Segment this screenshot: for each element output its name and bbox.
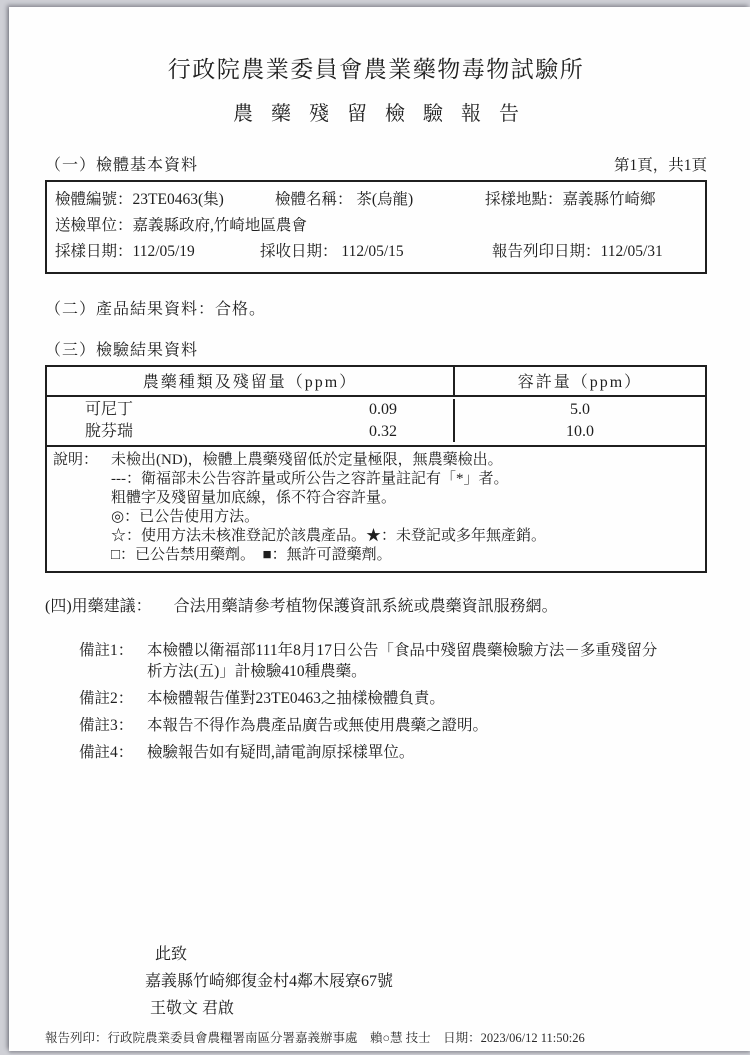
print-date-label: 報告列印日期： (492, 243, 601, 260)
table-row: 可尼丁 0.09 5.0 (47, 399, 705, 421)
sample-name-field: 檢體名稱： 茶(烏龍) (275, 187, 485, 213)
sample-info-line2: 送檢單位：嘉義縣政府,竹崎地區農會 (55, 213, 695, 239)
column-header-pesticide-residue: 農藥種類及殘留量（ppm） (47, 367, 455, 395)
sampling-location-label: 採樣地點： (485, 191, 563, 208)
sampling-location-field: 採樣地點：嘉義縣竹崎鄉 (485, 187, 656, 213)
blank-space (45, 769, 707, 941)
notes-label: 說明： (53, 451, 111, 565)
residue-value: 0.32 (369, 421, 397, 443)
sample-info-box: 檢體編號：23TE0463(集) 檢體名稱： 茶(烏龍) 採樣地點：嘉義縣竹崎鄉… (45, 180, 707, 274)
print-date-field: 報告列印日期：112/05/31 (492, 239, 663, 265)
section3-heading: （三）檢驗結果資料 (45, 337, 707, 360)
closing-block: 此致 嘉義縣竹崎鄉復金村4鄰木屐寮67號 王敬文 君啟 (145, 941, 707, 1022)
sample-info-line1: 檢體編號：23TE0463(集) 檢體名稱： 茶(烏龍) 採樣地點：嘉義縣竹崎鄉 (55, 187, 695, 213)
sampling-date-value: 112/05/19 (133, 243, 195, 260)
remark-text: 本檢體以衛福部111年8月17日公告「食品中殘留農藥檢驗方法－多重殘留分析方法(… (147, 640, 669, 682)
remark-label: 備註4： (79, 742, 147, 763)
sample-name-value: 茶(烏龍) (356, 191, 413, 208)
sample-number-label: 檢體編號： (55, 191, 133, 208)
remark-item: 備註1： 本檢體以衛福部111年8月17日公告「食品中殘留農藥檢驗方法－多重殘留… (79, 640, 707, 682)
column-header-tolerance: 容許量（ppm） (455, 367, 705, 395)
sample-name-label: 檢體名稱： (275, 191, 353, 208)
remark-text: 本報告不得作為農產品廣告或無使用農藥之證明。 (147, 715, 488, 736)
remark-item: 備註2： 本檢體報告僅對23TE0463之抽樣檢體負責。 (79, 688, 707, 709)
note-line: □：已公告禁用藥劑。 ■：無許可證藥劑。 (111, 546, 546, 565)
report-page: 行政院農業委員會農業藥物毒物試驗所 農藥殘留檢驗報告 （一）檢體基本資料 第1頁… (9, 7, 750, 1051)
pesticide-name: 脫芬瑞 (85, 421, 133, 443)
submitter-label: 送檢單位： (55, 217, 133, 234)
remark-label: 備註1： (79, 640, 147, 682)
remark-label: 備註2： (79, 688, 147, 709)
section2-heading: （二）產品結果資料： (45, 301, 215, 318)
usage-advice: 合法用藥請參考植物保護資訊系統或農藥資訊服務網。 (174, 593, 558, 616)
remark-item: 備註4： 檢驗報告如有疑問,請電詢原採樣單位。 (79, 742, 707, 763)
note-line: ☆：使用方法未核准登記於該農產品。★：未登記或多年無產銷。 (111, 527, 546, 546)
note-line: ◎：已公告使用方法。 (111, 508, 546, 527)
note-line: 粗體字及殘留量加底線，係不符合容許量。 (111, 489, 546, 508)
pesticide-name: 可尼丁 (85, 399, 133, 421)
harvest-date-label: 採收日期： (260, 243, 338, 260)
table-notes: 說明： 未檢出(ND)，檢體上農藥殘留低於定量極限，無農藥檢出。 ---：衛福部… (47, 445, 705, 571)
org-title: 行政院農業委員會農業藥物毒物試驗所 (45, 55, 707, 85)
salutation: 此致 (155, 941, 707, 968)
sample-info-line3: 採樣日期：112/05/19 採收日期： 112/05/15 報告列印日期：11… (55, 239, 695, 265)
remark-label: 備註3： (79, 715, 147, 736)
residue-value: 0.09 (369, 399, 397, 421)
print-date-value: 112/05/31 (601, 243, 663, 260)
section1-header-row: （一）檢體基本資料 第1頁，共1頁 (45, 152, 707, 175)
submitter-value: 嘉義縣政府,竹崎地區農會 (133, 217, 307, 234)
note-line: 未檢出(ND)，檢體上農藥殘留低於定量極限，無農藥檢出。 (111, 451, 546, 470)
submitter-field: 送檢單位：嘉義縣政府,竹崎地區農會 (55, 213, 307, 239)
results-table-body: 可尼丁 0.09 5.0 脫芬瑞 0.32 10.0 (47, 397, 705, 445)
print-footer: 報告列印：行政院農業委員會農糧署南區分署嘉義辦事處 賴○慧 技士 日期：2023… (45, 1028, 707, 1051)
results-table: 農藥種類及殘留量（ppm） 容許量（ppm） 可尼丁 0.09 5.0 脫芬瑞 … (45, 365, 707, 573)
remark-text: 檢驗報告如有疑問,請電詢原採樣單位。 (147, 742, 414, 763)
tolerance-value: 5.0 (455, 399, 705, 421)
section1-heading: （一）檢體基本資料 (45, 152, 198, 175)
sampling-date-label: 採樣日期： (55, 243, 133, 260)
note-line: ---：衛福部未公告容許量或所公告之容許量註記有「*」者。 (111, 470, 546, 489)
remarks-block: 備註1： 本檢體以衛福部111年8月17日公告「食品中殘留農藥檢驗方法－多重殘留… (45, 640, 707, 769)
section2-heading-row: （二）產品結果資料：合格。 (45, 296, 707, 319)
product-result-value: 合格。 (215, 301, 266, 318)
section4-heading: (四)用藥建議： (45, 593, 152, 616)
sampling-date-field: 採樣日期：112/05/19 (55, 239, 260, 265)
harvest-date-value: 112/05/15 (341, 243, 403, 260)
tolerance-value: 10.0 (455, 421, 705, 443)
remark-item: 備註3： 本報告不得作為農產品廣告或無使用農藥之證明。 (79, 715, 707, 736)
table-row: 脫芬瑞 0.32 10.0 (47, 421, 705, 443)
harvest-date-field: 採收日期： 112/05/15 (260, 239, 492, 265)
section4-heading-row: (四)用藥建議： 合法用藥請參考植物保護資訊系統或農藥資訊服務網。 (45, 593, 707, 616)
sampling-location-value: 嘉義縣竹崎鄉 (563, 191, 656, 208)
notes-lines: 未檢出(ND)，檢體上農藥殘留低於定量極限，無農藥檢出。 ---：衛福部未公告容… (111, 451, 546, 565)
page-indicator: 第1頁，共1頁 (614, 153, 707, 175)
recipient-name: 王敬文 君啟 (150, 995, 707, 1022)
sample-number-field: 檢體編號：23TE0463(集) (55, 187, 275, 213)
results-table-header: 農藥種類及殘留量（ppm） 容許量（ppm） (47, 367, 705, 397)
remark-text: 本檢體報告僅對23TE0463之抽樣檢體負責。 (147, 688, 445, 709)
sample-number-value: 23TE0463(集) (133, 191, 224, 208)
recipient-address: 嘉義縣竹崎鄉復金村4鄰木屐寮67號 (145, 968, 707, 995)
report-title: 農藥殘留檢驗報告 (45, 100, 707, 128)
